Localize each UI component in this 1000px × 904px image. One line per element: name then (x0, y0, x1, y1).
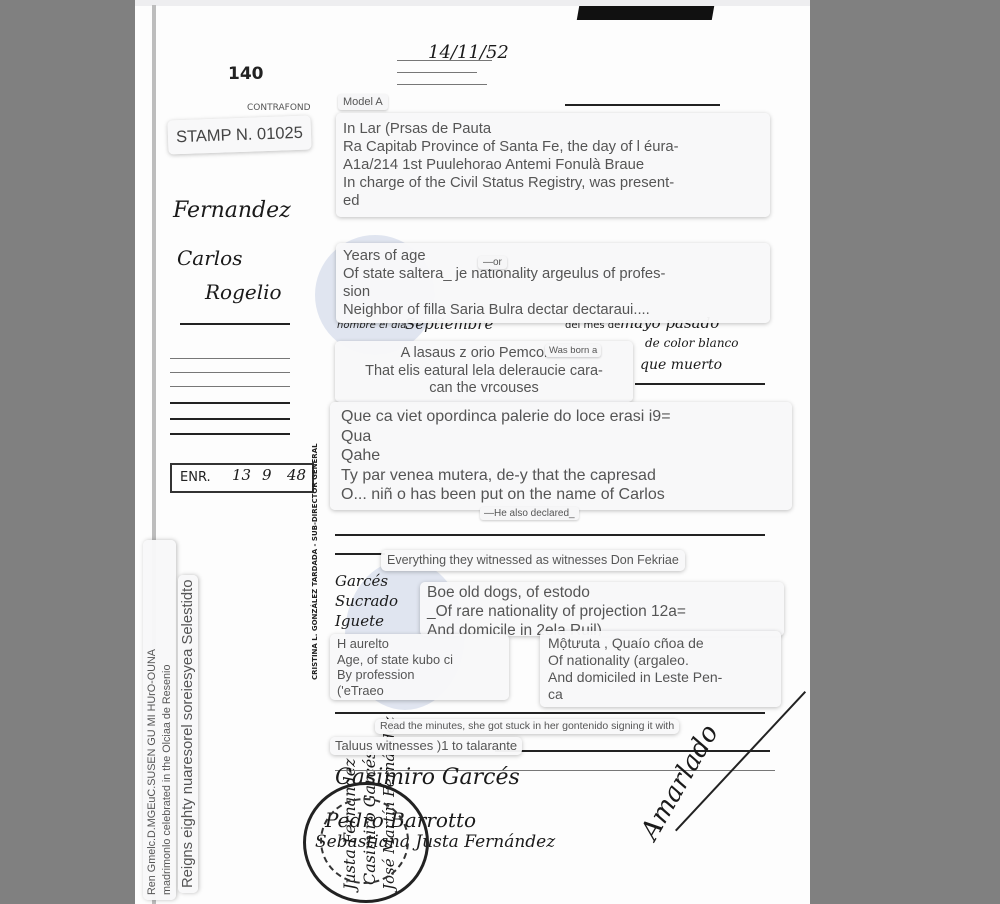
translation-block-8: Mộtưuta , Quaío cñoa de Of nationality (… (540, 631, 781, 707)
translation-block-2: Years of age Of state saltera_ je nation… (336, 243, 770, 323)
witness-surname: Sucrado (335, 592, 398, 610)
model-chip: Model A (338, 94, 388, 110)
margin-first-name: Carlos (177, 246, 243, 270)
side-vertical-overlay-1: Ren Gmelc.D.MGEuC.SUSEN GU MI HUrO-OUNA … (143, 540, 176, 900)
translation-block-1: In Lar (Prsas de Pauta Ra Capitab Provin… (336, 113, 770, 217)
translation-block-9: Read the minutes, she got stuck in her g… (375, 719, 679, 734)
translation-block-7: H aurelto Age, of state kubo ci By profe… (330, 634, 509, 700)
official-seal-inner (320, 798, 409, 884)
form-line (397, 72, 477, 73)
translation-block-5: Everything they witnessed as witnesses D… (381, 550, 685, 571)
page-number: 140 (228, 64, 264, 84)
form-line (565, 104, 720, 106)
redaction-bar (577, 6, 714, 20)
translation-block-4: Que ca viet opordinca palerie do loce er… (330, 402, 792, 510)
form-line (495, 750, 770, 752)
record-label: ENR. (180, 470, 211, 485)
form-line (335, 712, 765, 714)
handwriting-right: que muerto (640, 357, 722, 373)
margin-surname: Fernandez (173, 198, 291, 223)
form-line (397, 60, 492, 61)
form-line (335, 534, 765, 536)
side-vertical-line-2: madrimonlo celebrated in the Olciaa de R… (161, 665, 173, 895)
also-declared-chip: —He also declared_ (480, 507, 579, 520)
side-vertical-line-1: Ren Gmelc.D.MGEuC.SUSEN GU MI HUrO-OUNA (146, 649, 158, 895)
or-chip: —or (478, 256, 507, 269)
header-label: CONTRAFOND (247, 103, 311, 113)
stamp-number-box: STAMP N. 01025 (167, 116, 311, 155)
witness-surname: Garcés (335, 572, 388, 590)
form-line (170, 358, 290, 359)
translation-block-10: Taluus witnesses )1 to talarante (330, 737, 522, 755)
record-value: 13 (232, 466, 251, 484)
form-line (635, 383, 765, 385)
handwriting-right: de color blanco (645, 336, 739, 350)
form-line (180, 323, 290, 325)
form-line (170, 433, 290, 435)
form-line (170, 386, 290, 387)
form-line (397, 84, 487, 85)
form-line (170, 372, 290, 373)
record-value: 48 (287, 466, 306, 484)
form-line (170, 418, 290, 420)
form-line (335, 553, 385, 555)
witness-surname: Iguete (335, 612, 384, 630)
record-value: 9 (262, 466, 272, 484)
side-vertical-overlay-2: Reigns eighty nuaresorel soreiesyea Sele… (178, 575, 198, 893)
form-line (170, 402, 290, 404)
was-born-chip: Was born a (545, 344, 601, 357)
translation-block-6: Boe old dogs, of estodo _Of rare nationa… (420, 582, 784, 636)
margin-middle-name: Rogelio (205, 280, 282, 304)
side-stamp-text: CRISTINA L. GONZÁLEZ TARDADA - SUB-DIREC… (311, 443, 319, 680)
